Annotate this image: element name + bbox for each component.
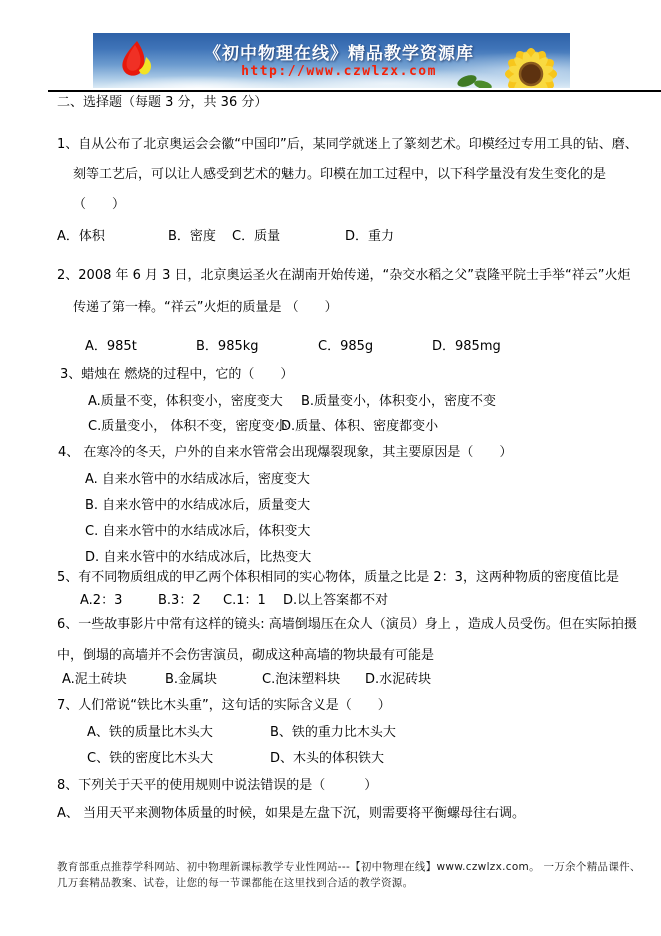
q8-option-a: A、 当用天平来测物体质量的时候，如果是左盘下沉，则需要将平衡螺母往右调。 bbox=[57, 806, 525, 822]
q5-option-c: C.1：1 bbox=[223, 593, 283, 609]
flame-logo-icon bbox=[113, 39, 163, 85]
question-5-options: A.2：3 B.3：2 C.1：1 D.以上答案都不对 bbox=[80, 593, 388, 609]
sunflower-icon bbox=[453, 47, 570, 88]
question-3-line-1: 3、蜡烛在 燃烧的过程中，它的（ ） bbox=[60, 367, 293, 383]
q4-option-a: A. 自来水管中的水结成冰后，密度变大 bbox=[85, 472, 310, 488]
q7-option-a: A、铁的质量比木头大 bbox=[87, 725, 270, 741]
question-5-line-1: 5、有不同物质组成的甲乙两个体积相同的实心物体，质量之比是 2：3，这两种物质的… bbox=[57, 570, 619, 586]
question-1-options: A．体积 B．密度 C．质量 D．重力 bbox=[57, 229, 394, 245]
question-1-line-1: 1、自从公布了北京奥运会会徽“中国印”后，某同学就迷上了篆刻艺术。印模经过专用工… bbox=[57, 137, 638, 153]
q6-option-d: D.水泥砖块 bbox=[365, 672, 431, 688]
question-1-answer-blank: （ ） bbox=[73, 197, 125, 213]
q7-option-d: D、木头的体积铁大 bbox=[270, 751, 384, 767]
q3-option-d: D.质量、体积、密度都变小 bbox=[281, 419, 438, 435]
q1-option-a: A．体积 bbox=[57, 229, 168, 245]
footer-line-1: 教育部重点推荐学科网站、初中物理新课标教学专业性网站---【初中物理在线】www… bbox=[57, 860, 641, 875]
banner-title: 《初中物理在线》精品教学资源库 bbox=[189, 39, 489, 64]
q6-option-c: C.泡沫塑料块 bbox=[262, 672, 365, 688]
question-8-line-1: 8、下列关于天平的使用规则中说法错误的是（ ） bbox=[57, 778, 377, 794]
q5-option-d: D.以上答案都不对 bbox=[283, 593, 388, 609]
q3-option-c: C.质量变小， 体积不变，密度变小 bbox=[88, 419, 281, 435]
question-7-options-row-2: C、铁的密度比木头大 D、木头的体积铁大 bbox=[87, 751, 384, 767]
header-divider bbox=[48, 90, 661, 92]
question-3-options-row-2: C.质量变小， 体积不变，密度变小 D.质量、体积、密度都变小 bbox=[88, 419, 438, 435]
document-page: 《初中物理在线》精品教学资源库 http://www.czwlzx.com bbox=[0, 0, 661, 936]
question-6-line-2: 中，倒塌的高墙并不会伤害演员，砌成这种高墙的物块最有可能是 bbox=[57, 648, 434, 664]
q2-option-b: B．985kg bbox=[196, 339, 318, 355]
question-7-options-row-1: A、铁的质量比木头大 B、铁的重力比木头大 bbox=[87, 725, 396, 741]
q2-option-d: D．985mg bbox=[432, 339, 501, 355]
question-6-line-1: 6、一些故事影片中常有这样的镜头: 高墙倒塌压在众人（演员）身上 ，造成人员受伤… bbox=[57, 617, 637, 633]
footer-line-2: 几万套精品教案、试卷，让您的每一节课都能在这里找到合适的教学资源。 bbox=[57, 876, 413, 891]
question-2-line-2: 传递了第一棒。“祥云”火炬的质量是 （ ） bbox=[73, 300, 338, 316]
q4-option-b: B. 自来水管中的水结成冰后，质量变大 bbox=[85, 498, 310, 514]
section-heading: 二、选择题（每题 3 分，共 36 分） bbox=[57, 95, 267, 111]
q1-option-b: B．密度 bbox=[168, 229, 232, 245]
q6-option-a: A.泥土砖块 bbox=[62, 672, 165, 688]
q3-option-b: B.质量变小，体积变小，密度不变 bbox=[301, 394, 496, 410]
site-banner: 《初中物理在线》精品教学资源库 http://www.czwlzx.com bbox=[93, 33, 570, 88]
question-6-options: A.泥土砖块 B.金属块 C.泡沫塑料块 D.水泥砖块 bbox=[62, 672, 431, 688]
question-7-line-1: 7、人们常说“铁比木头重”，这句话的实际含义是（ ） bbox=[57, 698, 391, 714]
q4-option-d: D. 自来水管中的水结成冰后，比热变大 bbox=[85, 550, 311, 566]
q2-option-c: C．985g bbox=[318, 339, 432, 355]
banner-url: http://www.czwlzx.com bbox=[219, 64, 459, 79]
q3-option-a: A.质量不变，体积变小，密度变大 bbox=[88, 394, 301, 410]
q2-option-a: A．985t bbox=[85, 339, 196, 355]
question-3-options-row-1: A.质量不变，体积变小，密度变大 B.质量变小，体积变小，密度不变 bbox=[88, 394, 496, 410]
question-4-line-1: 4、 在寒冷的冬天，户外的自来水管常会出现爆裂现象，其主要原因是（ ） bbox=[58, 445, 512, 461]
q5-option-b: B.3：2 bbox=[158, 593, 223, 609]
q4-option-c: C. 自来水管中的水结成冰后，体积变大 bbox=[85, 524, 310, 540]
q1-option-c: C．质量 bbox=[232, 229, 345, 245]
q7-option-c: C、铁的密度比木头大 bbox=[87, 751, 270, 767]
q7-option-b: B、铁的重力比木头大 bbox=[270, 725, 396, 741]
q6-option-b: B.金属块 bbox=[165, 672, 262, 688]
q1-option-d: D．重力 bbox=[345, 229, 394, 245]
question-2-line-1: 2、2008 年 6 月 3 日，北京奥运圣火在湖南开始传递，“杂交水稻之父”袁… bbox=[57, 268, 631, 284]
question-2-options: A．985t B．985kg C．985g D．985mg bbox=[85, 339, 501, 355]
q5-option-a: A.2：3 bbox=[80, 593, 158, 609]
question-1-line-2: 刻等工艺后，可以让人感受到艺术的魅力。印模在加工过程中，以下科学量没有发生变化的… bbox=[73, 167, 606, 183]
